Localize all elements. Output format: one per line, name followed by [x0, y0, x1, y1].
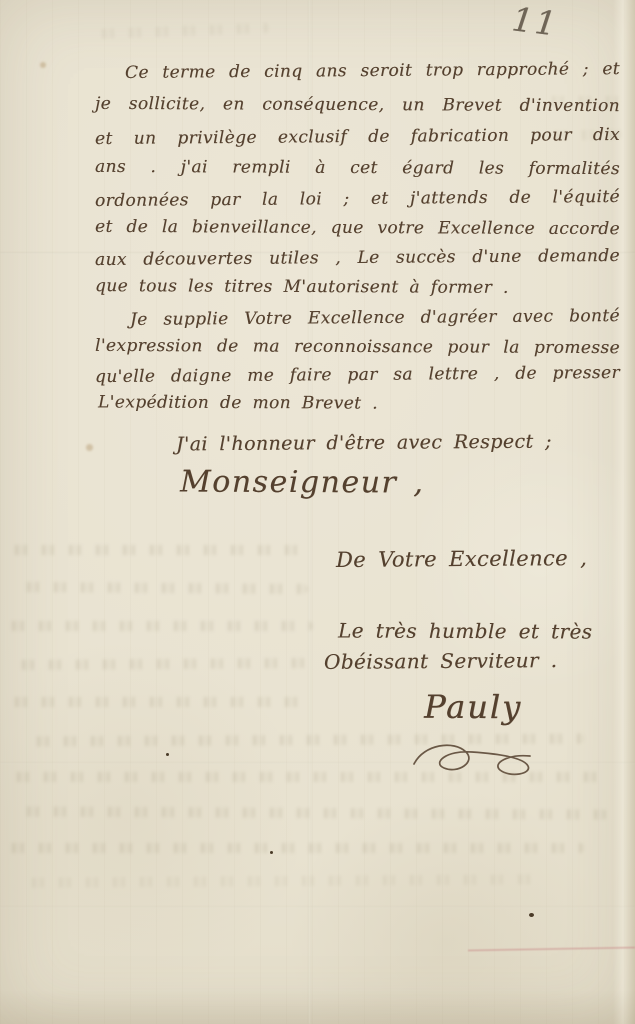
- folio-number: 11: [510, 0, 560, 44]
- paper-right-edge: [613, 0, 635, 1024]
- paper-bottom-edge: [0, 990, 635, 1024]
- ink-speck: [529, 913, 534, 917]
- bleedthrough-line: [30, 734, 585, 747]
- manuscript-line: aux découvertes utiles , Le succès d'une…: [95, 243, 620, 273]
- manuscript-page: 11 Ce terme de cinq ans seroit trop rapp…: [0, 0, 635, 1024]
- horizontal-fold-crease: [0, 762, 635, 764]
- closing-line: Obéissant Serviteur .: [324, 647, 558, 675]
- bleedthrough-line: [10, 772, 610, 782]
- manuscript-line: qu'elle daigne me faire par sa lettre , …: [95, 360, 620, 390]
- vertical-fold-crease: [308, 0, 311, 1024]
- bleedthrough-line: [95, 23, 270, 39]
- manuscript-line: ordonnées par la loi ; et j'attends de l…: [95, 184, 620, 214]
- manuscript-line: L'expédition de mon Brevet .: [98, 389, 378, 416]
- red-pencil-line: [468, 947, 635, 952]
- bleedthrough-line: [5, 843, 585, 853]
- closing-line: De Votre Excellence ,: [336, 545, 587, 573]
- bleedthrough-line: [25, 874, 545, 888]
- paper-stain: [40, 62, 46, 68]
- manuscript-line: Ce terme de cinq ans seroit trop rapproc…: [125, 56, 620, 86]
- manuscript-line: je sollicite, en conséquence, un Brevet …: [95, 91, 620, 119]
- closing-line: Le très humble et très: [338, 617, 593, 644]
- manuscript-line: ans . j'ai rempli à cet égard les formal…: [95, 154, 620, 182]
- signature: Pauly: [424, 694, 522, 720]
- bleedthrough-line: [5, 621, 313, 631]
- ink-speck: [270, 851, 273, 854]
- manuscript-line: et de la bienveillance, que votre Excell…: [95, 214, 620, 242]
- manuscript-line: Je supplie Votre Excellence d'agréer ave…: [130, 303, 620, 333]
- ink-speck: [166, 753, 169, 756]
- bleedthrough-line: [8, 545, 308, 555]
- closing-salutation: J'ai l'honneur d'être avec Respect ;: [176, 429, 552, 458]
- manuscript-line: et un privilège exclusif de fabrication …: [95, 122, 620, 152]
- bleedthrough-line: [15, 658, 307, 670]
- horizontal-fold-crease: [0, 906, 635, 908]
- bleedthrough-line: [20, 806, 608, 819]
- paper-stain: [86, 444, 93, 451]
- signature-flourish: [406, 736, 546, 786]
- bleedthrough-line: [20, 582, 308, 594]
- manuscript-line: l'expression de ma reconnoissance pour l…: [95, 333, 620, 361]
- bleedthrough-line: [8, 697, 306, 707]
- closing-address: Monseigneur ,: [180, 469, 424, 496]
- manuscript-line: que tous les titres M'autorisent à forme…: [95, 273, 509, 301]
